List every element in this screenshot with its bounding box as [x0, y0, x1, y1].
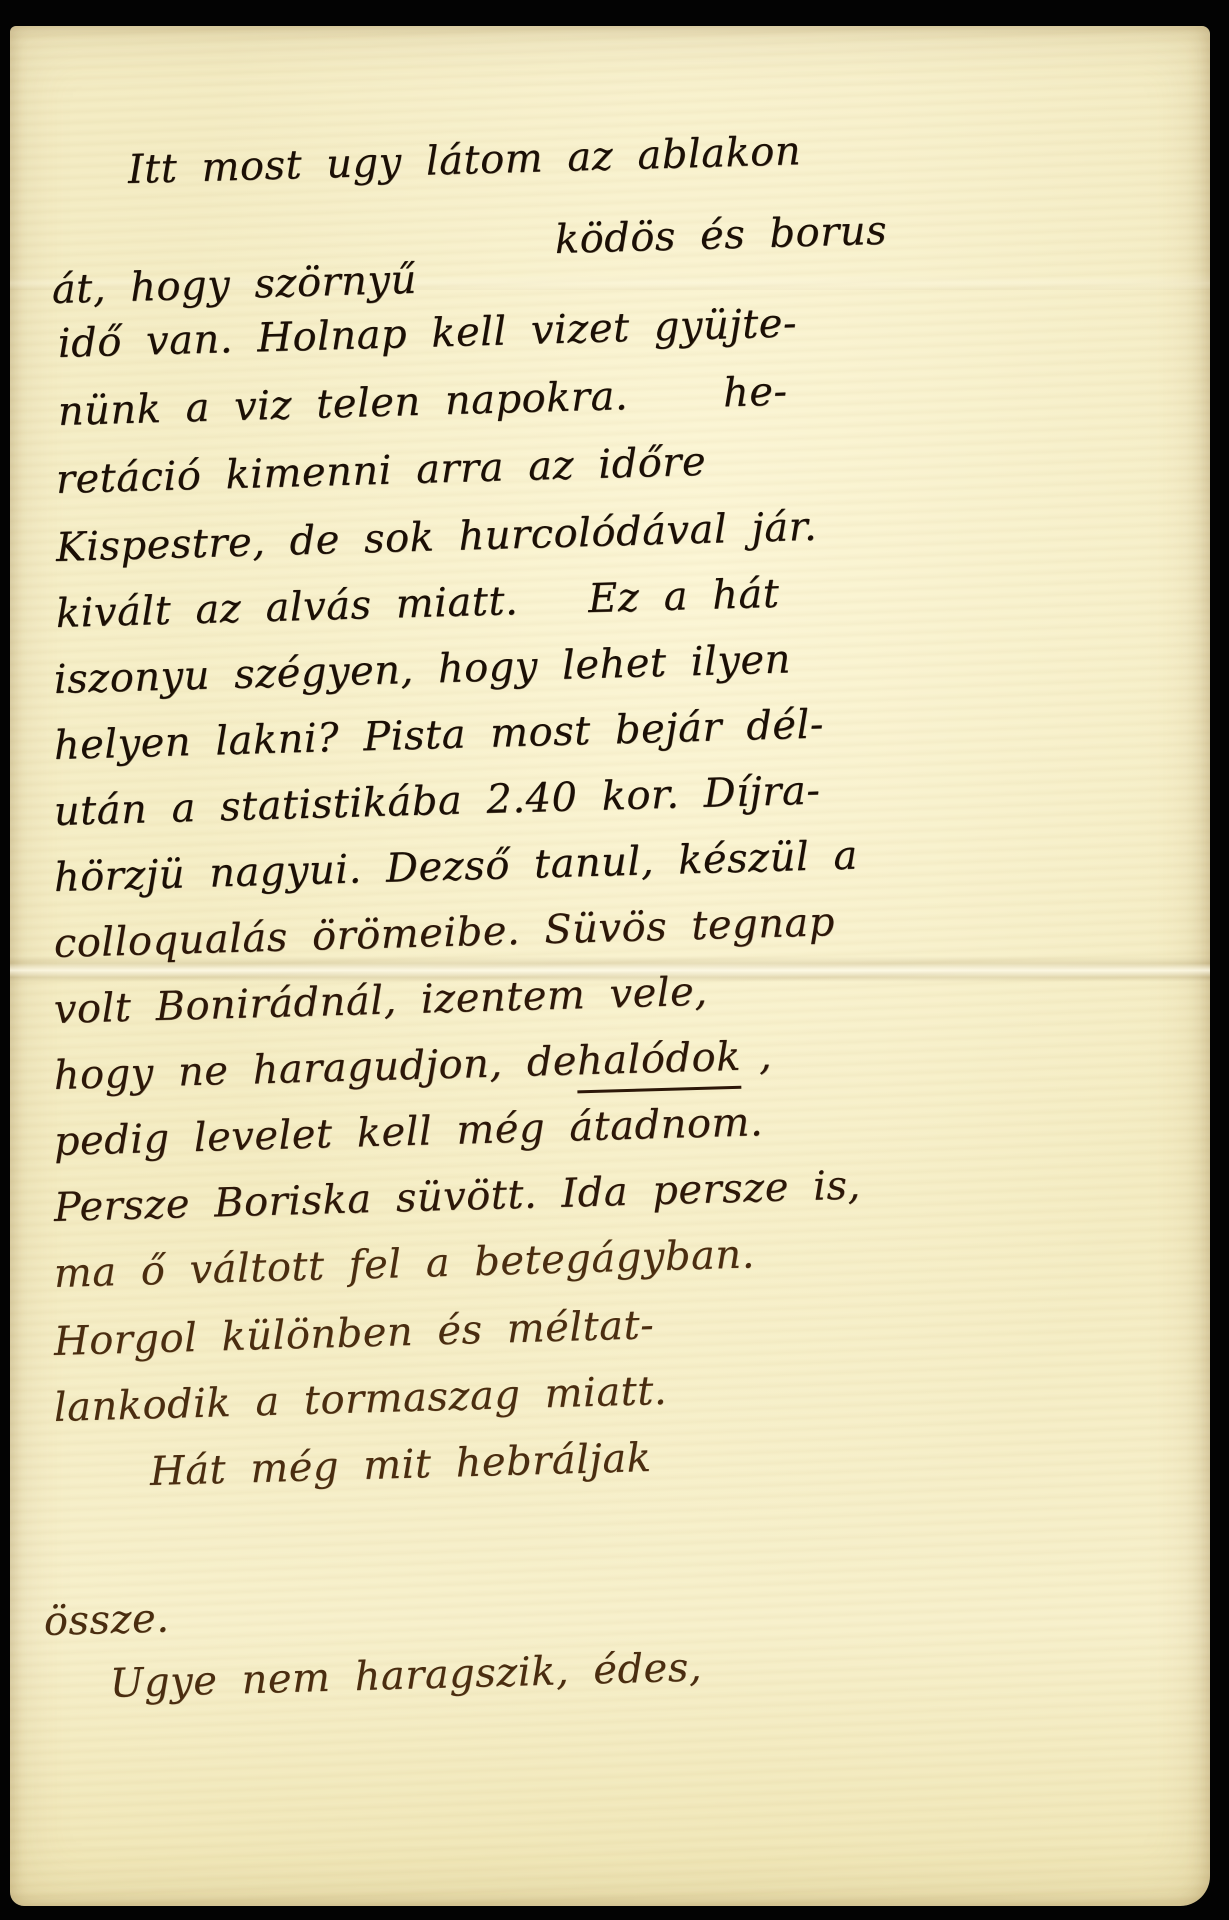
handwritten-line-12: hörzjü nagyui. Dezső tanul, készül a [53, 830, 858, 904]
handwritten-line-14: volt Bonirádnál, izentem vele, [53, 966, 708, 1036]
line-segment: , [758, 1030, 773, 1082]
line-segment: Ez a hát [587, 568, 780, 625]
handwritten-line-13: colloqualás örömeibe. Süvös tegnap [53, 896, 835, 970]
underlined-word: halódok [576, 1031, 741, 1094]
handwritten-line-19: Horgol különben és méltat- [53, 1299, 655, 1368]
handwritten-line-9: iszonyu szégyen, hogy lehet ilyen [53, 633, 791, 706]
handwritten-line-15: hogy ne haragudjon, de halódok , [53, 1030, 773, 1108]
letter-page: Itt most ugy látom az ablakonködös és bo… [10, 26, 1210, 1906]
handwritten-line-17: Persze Boriska süvött. Ida persze is, [53, 1159, 861, 1234]
handwritten-line-3: át, hogy szörnyű [51, 254, 417, 316]
handwriting-layer: Itt most ugy látom az ablakonködös és bo… [10, 26, 1210, 1906]
scanned-letter-screenshot: { "document": { "kind": "handwritten-let… [0, 0, 1229, 1920]
handwritten-line-5: nünk a viz telen napokra.he- [57, 366, 788, 438]
handwritten-line-7: Kispestre, de sok hurcolódával jár. [55, 501, 818, 574]
handwritten-line-20: lankodik a tormaszag miatt. [53, 1365, 668, 1434]
handwritten-line-22: össze. [43, 1593, 170, 1648]
handwritten-line-21: Hát még mit hebráljak [149, 1432, 652, 1498]
handwritten-line-2: ködös és borus [554, 205, 888, 266]
handwritten-line-16: pedig levelet kell még átadnom. [53, 1096, 764, 1168]
handwritten-line-11: után a statistikába 2.40 kor. Díjra- [53, 765, 821, 838]
handwritten-line-8: kivált az alvás miatt.Ez a hát [55, 568, 780, 640]
handwritten-line-6: retáció kimenni arra az időre [55, 436, 707, 506]
line-segment: nünk a viz telen napokra. [57, 370, 629, 438]
handwritten-line-18: ma ő váltott fel a betegágyban. [53, 1228, 755, 1300]
handwritten-line-23: Ugye nem haragszik, édes, [109, 1641, 703, 1710]
line-segment: kivált az alvás miatt. [55, 575, 519, 640]
handwritten-line-1: Itt most ugy látom az ablakon [127, 125, 802, 196]
line-segment: hogy ne haragudjon, de [53, 1035, 578, 1102]
line-segment: he- [722, 366, 788, 420]
handwritten-line-10: helyen lakni? Pista most bejár dél- [53, 699, 824, 772]
